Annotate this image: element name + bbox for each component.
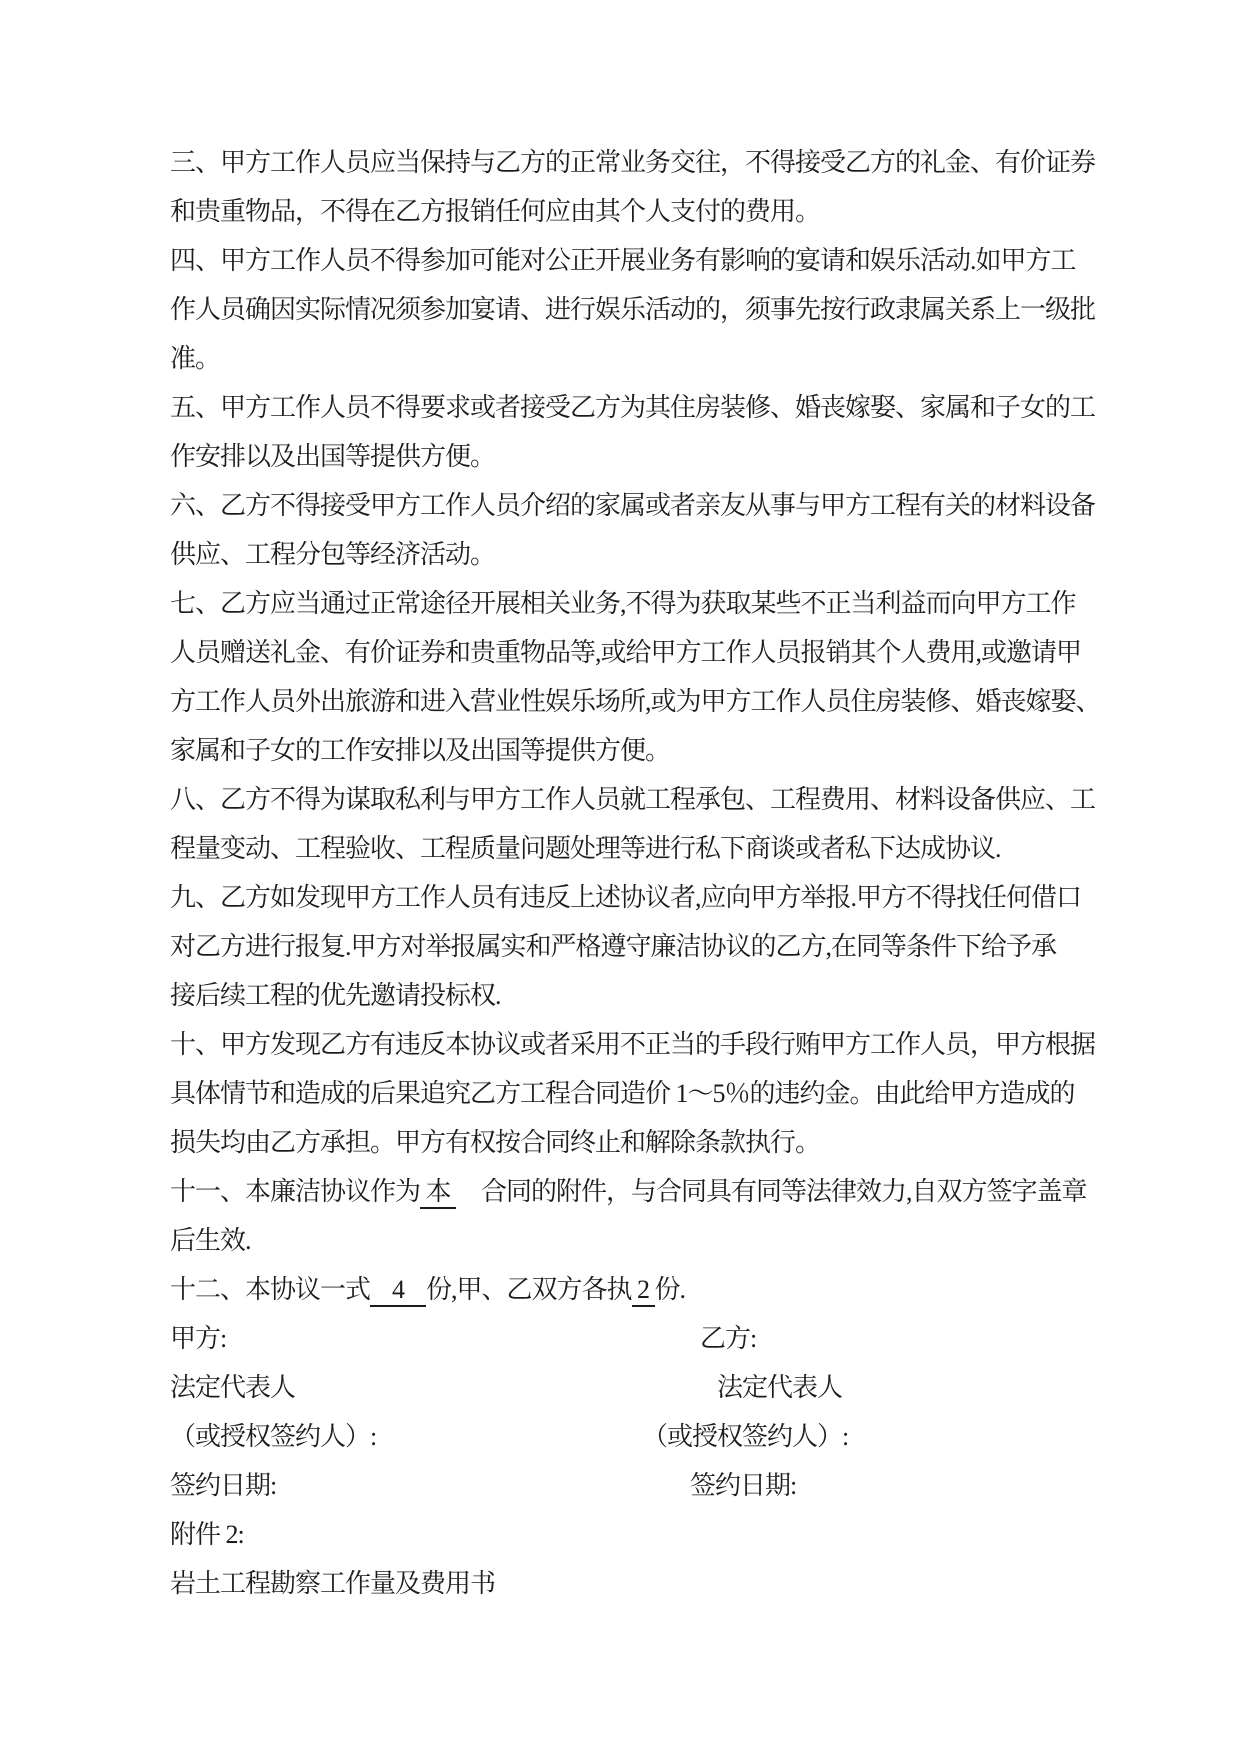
clause-10-line-2: 具体情节和造成的后果追究乙方工程合同造价 1～5％的违约金。由此给甲方造成的 [170,1069,1092,1118]
text-segment: 供应、工程分包等经济活动。 [170,540,495,569]
party-b-legal-rep-label: 法定代表人 [717,1363,842,1412]
document-page: 三、甲方工作人员应当保持与乙方的正常业务交往，不得接受乙方的礼金、有价证券和贵重… [0,0,1241,1754]
clause-3-line-2: 和贵重物品，不得在乙方报销任何应由其个人支付的费用。 [170,187,1092,236]
text-segment: 作人员确因实际情况须参加宴请、进行娱乐活动的，须事先按行政隶属关系上一级批 [170,295,1095,324]
clause-5-line-1: 五、甲方工作人员不得要求或者接受乙方为其住房装修、婚丧嫁娶、家属和子女的工 [170,383,1092,432]
document-lines: 三、甲方工作人员应当保持与乙方的正常业务交往，不得接受乙方的礼金、有价证券和贵重… [170,138,1092,1608]
text-segment: 三、甲方工作人员应当保持与乙方的正常业务交往，不得接受乙方的礼金、有价证券 [170,148,1095,177]
text-segment: 十、甲方发现乙方有违反本协议或者采用不正当的手段行贿甲方工作人员，甲方根据 [170,1030,1095,1059]
filled-blank-contract-ref: 本 [420,1177,456,1209]
text-segment: 八、乙方不得为谋取私利与甲方工作人员就工程承包、工程费用、材料设备供应、工 [170,785,1095,814]
clause-9-line-2: 对乙方进行报复.甲方对举报属实和严格遵守廉洁协议的乙方,在同等条件下给予承 [170,922,1092,971]
clause-9-line-3: 接后续工程的优先邀请投标权. [170,971,1092,1020]
text-segment: 合同的附件，与合同具有同等法律效力,自双方签字盖章 [456,1177,1087,1206]
text-segment: 后生效. [170,1226,251,1255]
text-segment: 岩土工程勘察工作量及费用书 [170,1569,495,1598]
attachment-label: 附件 2: [170,1510,1092,1559]
party-a-legal-rep-label: 法定代表人 [170,1373,295,1402]
text-segment: 和贵重物品，不得在乙方报销任何应由其个人支付的费用。 [170,197,820,226]
clause-10-line-1: 十、甲方发现乙方有违反本协议或者采用不正当的手段行贿甲方工作人员，甲方根据 [170,1020,1092,1069]
attachment-title: 岩土工程勘察工作量及费用书 [170,1559,1092,1608]
clause-9-line-1: 九、乙方如发现甲方工作人员有违反上述协议者,应向甲方举报.甲方不得找任何借口 [170,873,1092,922]
clause-10-line-3: 损失均由乙方承担。甲方有权按合同终止和解除条款执行。 [170,1118,1092,1167]
text-segment: 九、乙方如发现甲方工作人员有违反上述协议者,应向甲方举报.甲方不得找任何借口 [170,883,1081,912]
party-a-authorized-signer-label: （或授权签约人）: [170,1422,376,1451]
text-segment: 方工作人员外出旅游和进入营业性娱乐场所,或为甲方工作人员住房装修、婚丧嫁娶、 [170,687,1101,716]
clause-6-line-2: 供应、工程分包等经济活动。 [170,530,1092,579]
clause-12-line-1: 十二、本协议一式 4 份,甲、乙双方各执 2 份. [170,1265,1092,1314]
filled-blank-total-copies: 4 [370,1275,426,1307]
party-row: 甲方:乙方: [170,1314,1092,1363]
text-segment: 五、甲方工作人员不得要求或者接受乙方为其住房装修、婚丧嫁娶、家属和子女的工 [170,393,1095,422]
party-b-sign-date-label: 签约日期: [690,1461,796,1510]
party-b-label: 乙方: [700,1314,756,1363]
clause-7-line-3: 方工作人员外出旅游和进入营业性娱乐场所,或为甲方工作人员住房装修、婚丧嫁娶、 [170,677,1092,726]
text-segment: 七、乙方应当通过正常途径开展相关业务,不得为获取某些不正当利益而向甲方工作 [170,589,1076,618]
clause-3-line-1: 三、甲方工作人员应当保持与乙方的正常业务交往，不得接受乙方的礼金、有价证券 [170,138,1092,187]
text-segment: 接后续工程的优先邀请投标权. [170,981,501,1010]
clause-7-line-1: 七、乙方应当通过正常途径开展相关业务,不得为获取某些不正当利益而向甲方工作 [170,579,1092,628]
clause-11-line-2: 后生效. [170,1216,1092,1265]
text-segment: 份. [655,1275,686,1304]
text-segment: 损失均由乙方承担。甲方有权按合同终止和解除条款执行。 [170,1128,820,1157]
text-segment: 作安排以及出国等提供方便。 [170,442,495,471]
authorized-signer-row: （或授权签约人）:（或授权签约人）: [170,1412,1092,1461]
party-a-sign-date-label: 签约日期: [170,1471,276,1500]
text-segment: 具体情节和造成的后果追究乙方工程合同造价 1～5％的违约金。由此给甲方造成的 [170,1079,1075,1108]
clause-7-line-4: 家属和子女的工作安排以及出国等提供方便。 [170,726,1092,775]
clause-7-line-2: 人员赠送礼金、有价证券和贵重物品等,或给甲方工作人员报销其个人费用,或邀请甲 [170,628,1092,677]
text-segment: 六、乙方不得接受甲方工作人员介绍的家属或者亲友从事与甲方工程有关的材料设备 [170,491,1095,520]
text-segment: 程量变动、工程验收、工程质量问题处理等进行私下商谈或者私下达成协议. [170,834,1001,863]
party-b-authorized-signer-label: （或授权签约人）: [642,1412,848,1461]
text-segment: 十一、本廉洁协议作为 [170,1177,420,1206]
clause-8-line-1: 八、乙方不得为谋取私利与甲方工作人员就工程承包、工程费用、材料设备供应、工 [170,775,1092,824]
text-segment: 准。 [170,344,220,373]
clause-8-line-2: 程量变动、工程验收、工程质量问题处理等进行私下商谈或者私下达成协议. [170,824,1092,873]
text-segment: 家属和子女的工作安排以及出国等提供方便。 [170,736,670,765]
sign-date-row: 签约日期:签约日期: [170,1461,1092,1510]
clause-6-line-1: 六、乙方不得接受甲方工作人员介绍的家属或者亲友从事与甲方工程有关的材料设备 [170,481,1092,530]
clause-4-line-1: 四、甲方工作人员不得参加可能对公正开展业务有影响的宴请和娱乐活动.如甲方工 [170,236,1092,285]
clause-4-line-2: 作人员确因实际情况须参加宴请、进行娱乐活动的，须事先按行政隶属关系上一级批 [170,285,1092,334]
text-segment: 十二、本协议一式 [170,1275,370,1304]
party-a-label: 甲方: [170,1324,226,1353]
clause-11-line-1: 十一、本廉洁协议作为 本 合同的附件，与合同具有同等法律效力,自双方签字盖章 [170,1167,1092,1216]
filled-blank-copies-each: 2 [632,1275,655,1307]
text-segment: 份,甲、乙双方各执 [426,1275,632,1304]
clause-5-line-2: 作安排以及出国等提供方便。 [170,432,1092,481]
text-segment: 人员赠送礼金、有价证券和贵重物品等,或给甲方工作人员报销其个人费用,或邀请甲 [170,638,1081,667]
clause-4-line-3: 准。 [170,334,1092,383]
text-segment: 附件 2: [170,1520,244,1549]
text-segment: 四、甲方工作人员不得参加可能对公正开展业务有影响的宴请和娱乐活动.如甲方工 [170,246,1076,275]
legal-rep-row: 法定代表人法定代表人 [170,1363,1092,1412]
text-segment: 对乙方进行报复.甲方对举报属实和严格遵守廉洁协议的乙方,在同等条件下给予承 [170,932,1056,961]
